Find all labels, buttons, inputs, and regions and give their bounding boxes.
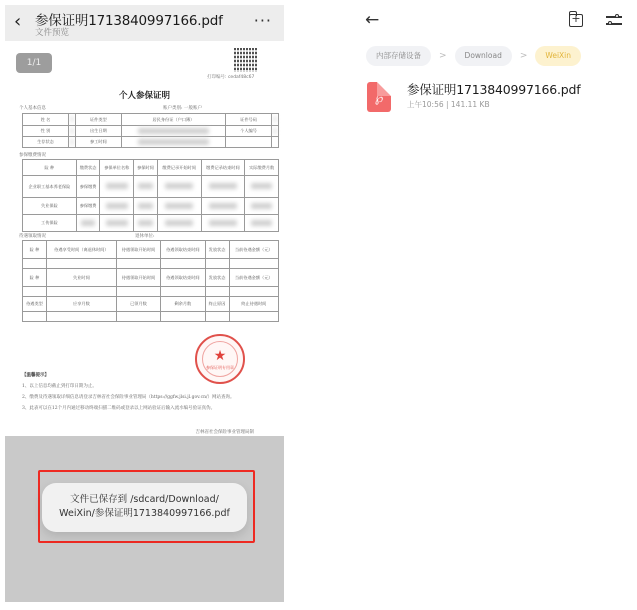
breadcrumb-item[interactable]: WeiXin <box>535 46 581 66</box>
table-cell: 待遇领取结束时间 <box>161 241 205 259</box>
table-cell <box>229 312 278 322</box>
table-cell <box>271 114 278 126</box>
table-row: 企业职工基本养老保险参保缴费 <box>23 176 279 198</box>
redacted-value <box>138 220 152 226</box>
table-cell: 应享月数 <box>47 297 117 312</box>
payment-label: 参保缴费情况 <box>19 152 46 158</box>
note-item: 1、以上信息均截止到打印日期为止。 <box>22 383 235 389</box>
redacted-value <box>251 220 273 226</box>
chevron-left-icon[interactable]: ‹ <box>14 13 28 31</box>
table-row: 险 种待遇享受时间（离退休时间）待遇领取开始时间待遇领取结束时间发放状态当前待遇… <box>23 241 279 259</box>
toast-line-1: 文件已保存到 /sdcard/Download/ <box>42 493 247 507</box>
basic-info-table: 姓 名证件类型居民身份证（户口簿）证件号码性 别出生日期个人编号生存状态参工时间 <box>22 113 279 148</box>
table-cell <box>229 259 278 269</box>
breadcrumb-item[interactable]: 内部存储设备 <box>366 46 431 66</box>
redacted-value <box>106 220 127 226</box>
table-cell: 参保时间 <box>134 160 158 176</box>
more-dots-icon[interactable]: ··· <box>254 11 272 30</box>
table-cell <box>205 259 229 269</box>
breadcrumb: 内部存储设备>Download>WeiXin <box>366 46 581 66</box>
redacted-value <box>209 220 238 226</box>
file-name: 参保证明1713840997166.pdf <box>407 80 580 98</box>
table-cell <box>161 312 205 322</box>
table-cell <box>100 215 134 232</box>
table-cell: 参保缴费 <box>76 176 100 198</box>
toast-line-2: WeiXin/参保证明1713840997166.pdf <box>42 507 247 521</box>
redacted-value <box>251 203 273 209</box>
redacted-value <box>209 183 238 189</box>
table-cell: 实际缴费月数 <box>245 160 279 176</box>
redacted-value <box>251 183 273 189</box>
table-cell <box>100 198 134 215</box>
table-cell: 当前待遇金额（元） <box>229 269 278 287</box>
saved-toast: 文件已保存到 /sdcard/Download/ WeiXin/参保证明1713… <box>42 483 247 532</box>
table-row <box>23 287 279 297</box>
table-cell: 发放状态 <box>205 269 229 287</box>
table-row <box>23 259 279 269</box>
redacted-value <box>165 203 194 209</box>
qr-code-icon <box>234 48 258 72</box>
chevron-right-icon: > <box>439 51 447 61</box>
benefit-table: 险 种待遇享受时间（离退休时间）待遇领取开始时间待遇领取结束时间发放状态当前待遇… <box>22 240 279 322</box>
table-cell <box>245 215 279 232</box>
table-cell: 剩余月数 <box>161 297 205 312</box>
table-cell <box>23 287 47 297</box>
table-row: 失业保险参保缴费 <box>23 198 279 215</box>
table-cell: 参保缴费 <box>76 198 100 215</box>
table-cell <box>245 198 279 215</box>
breadcrumb-item[interactable]: Download <box>455 46 512 66</box>
notes-heading: 【温馨提示】 <box>22 372 235 378</box>
file-manager-screen: ← + 内部存储设备>Download>WeiXin ℘ 参保证明1713840… <box>345 0 637 610</box>
table-row: 性 别出生日期个人编号 <box>23 126 279 137</box>
table-row: 待遇类型应享月数已领月数剩余月数终止原因终止待遇时间 <box>23 297 279 312</box>
table-cell <box>201 215 245 232</box>
table-cell <box>205 287 229 297</box>
table-cell <box>23 259 47 269</box>
redacted-value <box>106 203 127 209</box>
table-cell: 当前待遇金额（元） <box>229 241 278 259</box>
table-cell <box>47 287 117 297</box>
table-cell: 出生日期 <box>75 126 121 137</box>
redacted-value <box>138 128 209 134</box>
account-type: 账户类别: 一般账户 <box>163 105 202 111</box>
table-cell: 居民身份证（户口簿） <box>121 114 225 126</box>
table-cell: 缴费记录结束时间 <box>201 160 245 176</box>
table-cell <box>68 126 75 137</box>
redacted-value <box>71 139 74 145</box>
redacted-value <box>106 183 127 189</box>
payment-table: 险 种缴费状态参保单位名称参保时间缴费记录开始时间缴费记录结束时间实际缴费月数企… <box>22 159 279 232</box>
preview-top-bar: ‹ 参保证明1713840997166.pdf 文件预览 ··· <box>5 5 284 41</box>
table-cell <box>205 312 229 322</box>
redacted-value <box>274 116 277 122</box>
file-meta: 上午10:56 | 141.11 KB <box>407 99 490 110</box>
print-number: 打印编号: cedaf48c67 <box>207 74 254 80</box>
table-cell: 失业时间 <box>47 269 117 287</box>
redacted-value <box>81 220 95 226</box>
table-cell: 缴费状态 <box>76 160 100 176</box>
table-cell <box>134 215 158 232</box>
redacted-value <box>209 203 238 209</box>
table-cell: 已领月数 <box>116 297 160 312</box>
basic-info-label: 个人基本信息 <box>19 105 46 111</box>
table-cell <box>47 312 117 322</box>
table-cell <box>68 137 75 148</box>
table-cell: 证件号码 <box>226 114 272 126</box>
table-cell: 参保单位名称 <box>100 160 134 176</box>
table-cell <box>161 259 205 269</box>
redacted-value <box>71 116 74 122</box>
table-cell: 险 种 <box>23 160 77 176</box>
table-cell <box>271 137 278 148</box>
file-list-item[interactable]: ℘ 参保证明1713840997166.pdf 上午10:56 | 141.11… <box>367 80 617 114</box>
table-cell: 参工时间 <box>75 137 121 148</box>
table-cell <box>271 126 278 137</box>
table-cell: 终止原因 <box>205 297 229 312</box>
table-cell <box>100 176 134 198</box>
table-cell <box>121 137 225 148</box>
new-folder-icon[interactable]: + <box>569 14 583 27</box>
redacted-value <box>138 139 209 145</box>
star-icon: ★ <box>197 349 243 363</box>
table-cell <box>157 215 201 232</box>
table-row: 险 种缴费状态参保单位名称参保时间缴费记录开始时间缴费记录结束时间实际缴费月数 <box>23 160 279 176</box>
table-row: 险 种失业时间待遇领取开始时间待遇领取结束时间发放状态当前待遇金额（元） <box>23 269 279 287</box>
redacted-value <box>138 183 152 189</box>
table-cell: 失业保险 <box>23 198 77 215</box>
retire-unit-label: 退休单位: <box>135 233 155 239</box>
table-row: 工伤保险 <box>23 215 279 232</box>
table-cell: 工伤保险 <box>23 215 77 232</box>
table-cell <box>121 126 225 137</box>
table-cell <box>201 176 245 198</box>
table-cell: 缴费记录开始时间 <box>157 160 201 176</box>
table-cell <box>245 176 279 198</box>
table-cell: 待遇领取开始时间 <box>116 269 160 287</box>
table-row: 生存状态参工时间 <box>23 137 279 148</box>
table-cell: 个人编号 <box>226 126 272 137</box>
table-cell: 生存状态 <box>23 137 69 148</box>
table-cell: 姓 名 <box>23 114 69 126</box>
table-cell: 性 别 <box>23 126 69 137</box>
table-cell <box>116 312 160 322</box>
notes-section: 【温馨提示】 1、以上信息均截止到打印日期为止。 2、缴费及待遇领取详细信息请登… <box>22 372 235 416</box>
table-cell <box>23 312 47 322</box>
table-cell <box>134 176 158 198</box>
table-cell <box>134 198 158 215</box>
arrow-left-icon[interactable]: ← <box>365 10 379 30</box>
table-cell <box>161 287 205 297</box>
redacted-value <box>274 128 277 134</box>
table-cell: 企业职工基本养老保险 <box>23 176 77 198</box>
issuer: 吉林省社会保险事业管理局制 <box>196 429 255 435</box>
document-title: 个人参保证明 <box>5 89 284 101</box>
stamp-text: 参保证明专用章 <box>197 365 243 370</box>
pdf-page: 1/1 打印编号: cedaf48c67 个人参保证明 个人基本信息 账户类别:… <box>5 41 284 436</box>
table-cell: 险 种 <box>23 241 47 259</box>
benefit-label: 待遇领取情况 <box>19 233 46 239</box>
table-cell <box>229 287 278 297</box>
table-cell <box>116 287 160 297</box>
redacted-value <box>138 203 152 209</box>
pdf-file-icon: ℘ <box>367 82 391 112</box>
table-cell: 待遇类型 <box>23 297 47 312</box>
table-cell <box>76 215 100 232</box>
redacted-value <box>71 128 74 134</box>
redacted-value <box>165 220 194 226</box>
table-cell <box>201 198 245 215</box>
table-row: 姓 名证件类型居民身份证（户口簿）证件号码 <box>23 114 279 126</box>
table-cell: 证件类型 <box>75 114 121 126</box>
table-cell <box>157 198 201 215</box>
table-cell <box>116 259 160 269</box>
table-cell <box>157 176 201 198</box>
page-indicator: 1/1 <box>16 53 52 73</box>
table-cell: 发放状态 <box>205 241 229 259</box>
table-cell: 险 种 <box>23 269 47 287</box>
sliders-icon[interactable] <box>606 12 622 28</box>
note-item: 2、缴费及待遇领取详细信息请登录吉林省社会保险事业管理局（https://ggf… <box>22 394 235 400</box>
note-item: 3、此表可以在12个月内通过移动终端扫描二维码或登录以上网站验证后输入流水编号验… <box>22 405 235 411</box>
redacted-value <box>165 183 194 189</box>
table-row <box>23 312 279 322</box>
table-cell <box>47 259 117 269</box>
table-cell <box>226 137 272 148</box>
table-cell: 待遇领取开始时间 <box>116 241 160 259</box>
file-subtitle: 文件预览 <box>35 26 69 38</box>
chevron-right-icon: > <box>520 51 528 61</box>
screenshot-stage: ‹ 参保证明1713840997166.pdf 文件预览 ··· 1/1 打印编… <box>0 0 637 610</box>
table-cell: 待遇领取结束时间 <box>161 269 205 287</box>
table-cell: 待遇享受时间（离退休时间） <box>47 241 117 259</box>
table-cell <box>68 114 75 126</box>
table-cell: 终止待遇时间 <box>229 297 278 312</box>
